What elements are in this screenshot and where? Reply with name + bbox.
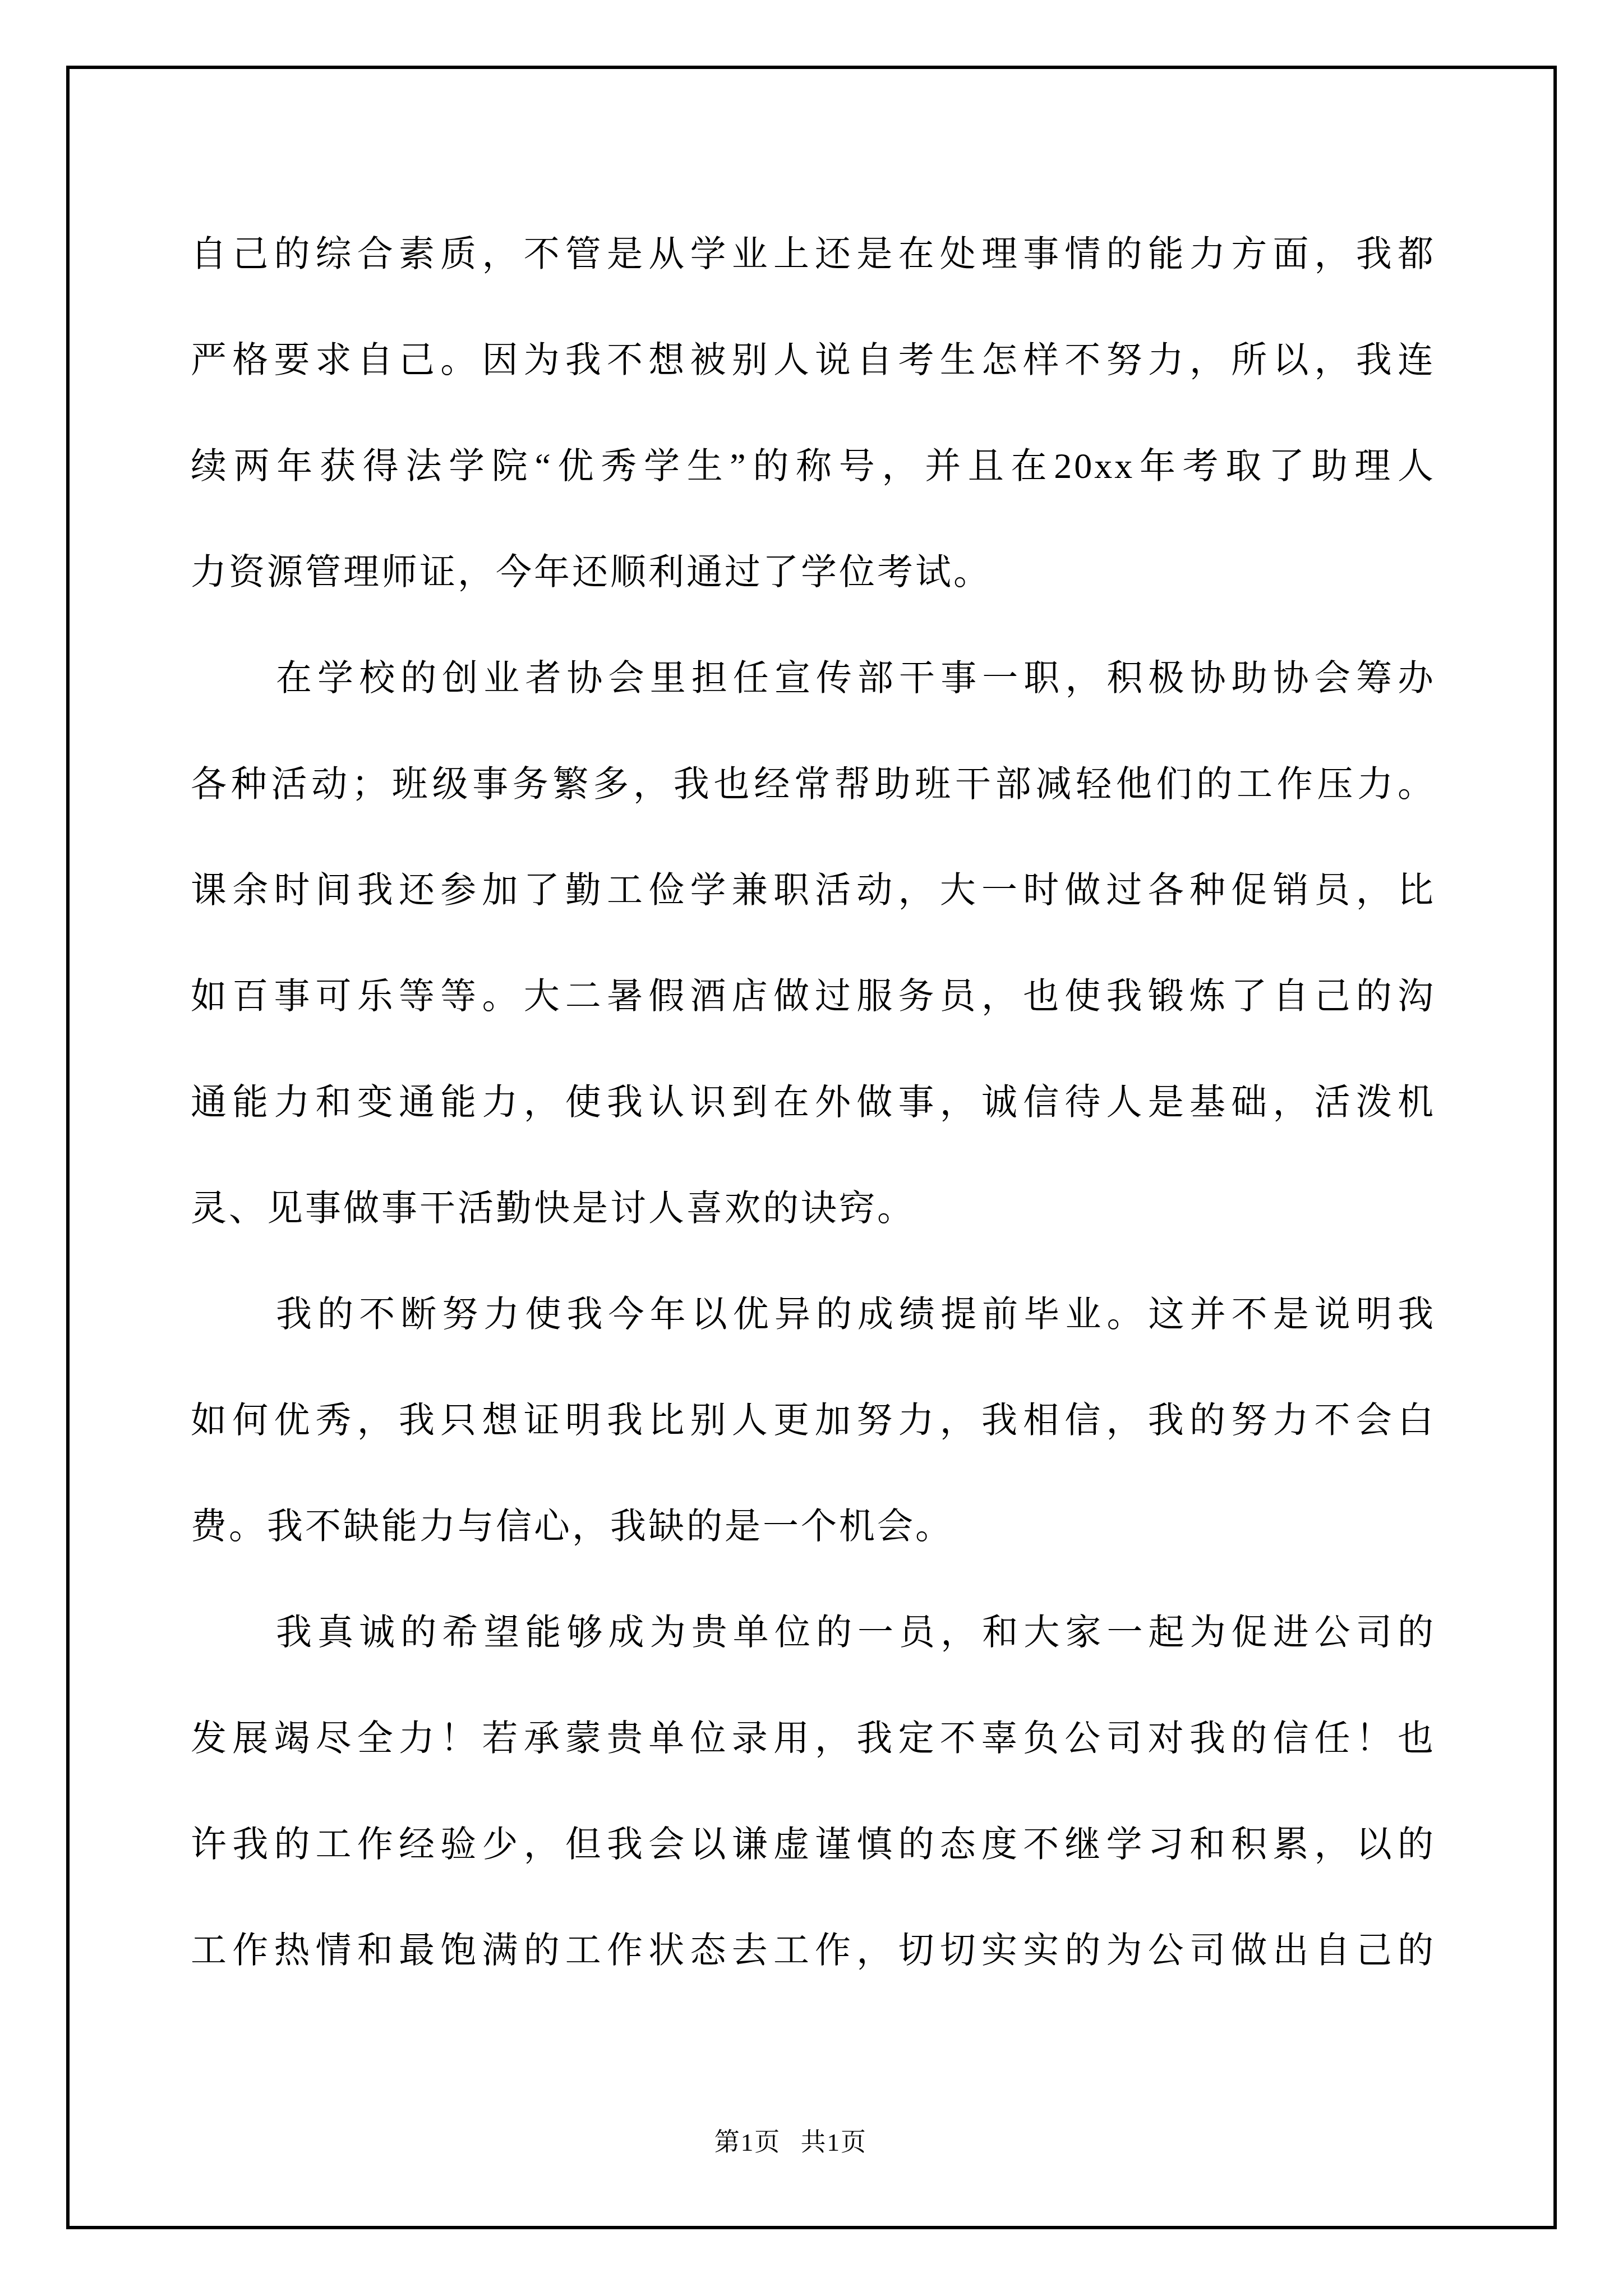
text-line: 如何优秀，我只想证明我比别人更加努力，我相信，我的努力不会白	[191, 1367, 1436, 1473]
text-line: 我的不断努力使我今年以优异的成绩提前毕业。这并不是说明我	[191, 1261, 1436, 1367]
page-footer: 第1页 共1页	[0, 2126, 1581, 2159]
text-line: 如百事可乐等等。大二暑假酒店做过服务员，也使我锻炼了自己的沟	[191, 943, 1436, 1049]
text-line: 力资源管理师证，今年还顺利通过了学位考试。	[191, 519, 1436, 625]
paragraph: 自己的综合素质，不管是从学业上还是在处理事情的能力方面，我都 严格要求自己。因为…	[191, 201, 1436, 625]
text-line: 我真诚的希望能够成为贵单位的一员，和大家一起为促进公司的	[191, 1579, 1436, 1685]
text-line: 工作热情和最饱满的工作状态去工作，切切实实的为公司做出自己的	[191, 1897, 1436, 2003]
text-line: 严格要求自己。因为我不想被别人说自考生怎样不努力，所以，我连	[191, 307, 1436, 413]
paragraph: 在学校的创业者协会里担任宣传部干事一职，积极协助协会筹办 各种活动；班级事务繁多…	[191, 625, 1436, 1261]
text-line: 自己的综合素质，不管是从学业上还是在处理事情的能力方面，我都	[191, 201, 1436, 307]
text-line: 灵、见事做事干活勤快是讨人喜欢的诀窍。	[191, 1155, 1436, 1261]
document-page: { "page": { "background": "#ffffff", "bo…	[0, 0, 1623, 2296]
text-line: 在学校的创业者协会里担任宣传部干事一职，积极协助协会筹办	[191, 625, 1436, 731]
text-line: 课余时间我还参加了勤工俭学兼职活动，大一时做过各种促销员，比	[191, 837, 1436, 943]
text-line: 各种活动；班级事务繁多，我也经常帮助班干部减轻他们的工作压力。	[191, 731, 1436, 837]
text-line: 许我的工作经验少，但我会以谦虚谨慎的态度不继学习和积累，以的	[191, 1791, 1436, 1897]
text-line: 通能力和变通能力，使我认识到在外做事，诚信待人是基础，活泼机	[191, 1049, 1436, 1155]
text-line: 发展竭尽全力！若承蒙贵单位录用，我定不辜负公司对我的信任！也	[191, 1685, 1436, 1791]
paragraph: 我真诚的希望能够成为贵单位的一员，和大家一起为促进公司的 发展竭尽全力！若承蒙贵…	[191, 1579, 1436, 2003]
text-line: 续两年获得法学院“优秀学生”的称号，并且在20xx年考取了助理人	[191, 413, 1436, 519]
document-text: 自己的综合素质，不管是从学业上还是在处理事情的能力方面，我都 严格要求自己。因为…	[191, 201, 1436, 2003]
text-line: 费。我不缺能力与信心，我缺的是一个机会。	[191, 1473, 1436, 1579]
paragraph: 我的不断努力使我今年以优异的成绩提前毕业。这并不是说明我 如何优秀，我只想证明我…	[191, 1261, 1436, 1579]
